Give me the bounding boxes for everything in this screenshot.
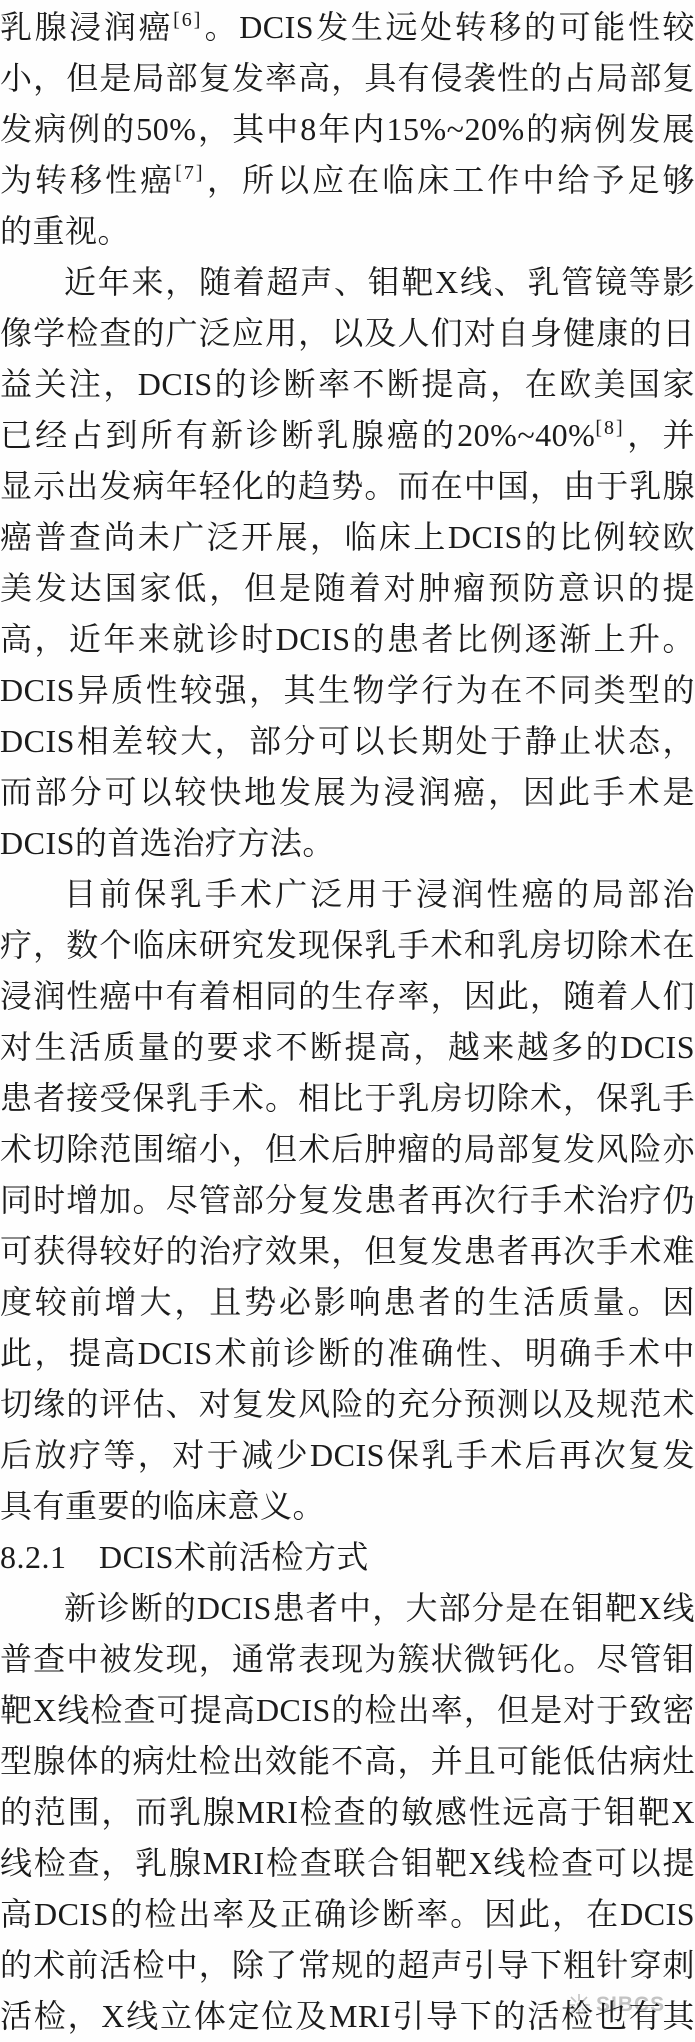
text-line: 同时增加。尽管部分复发患者再次行手术治疗仍 [0,1175,695,1226]
text-run: 此，提高DCIS术前诊断的准确性、明确手术中 [0,1335,695,1371]
text-line: 目前保乳手术广泛用于浸润性癌的局部治 [0,869,695,920]
text-run: 型腺体的病灶检出效能不高，并且可能低估病灶 [0,1743,695,1779]
text-line: 高DCIS的检出率及正确诊断率。因此，在DCIS [0,1889,695,1940]
text-run: DCIS相差较大，部分可以长期处于静止状态， [0,723,695,759]
text-run: DCIS异质性较强，其生物学行为在不同类型的 [0,672,695,708]
text-line: 发病例的50%，其中8年内15%~20%的病例发展 [0,104,695,155]
text-run: 已经占到所有新诊断乳腺癌的20%~40% [0,417,595,453]
text-run: 为转移性癌 [0,162,175,198]
text-line: 具有重要的临床意义。 [0,1481,695,1532]
text-line: 普查中被发现，通常表现为簇状微钙化。尽管钼 [0,1634,695,1685]
text-run: 的重视。 [0,213,130,249]
text-run: 对生活质量的要求不断提高，越来越多的DCIS [0,1029,695,1065]
text-run: 术切除范围缩小，但术后肿瘤的局部复发风险亦 [0,1131,695,1167]
superscript-citation: [6] [173,9,202,31]
text-run: 益关注，DCIS的诊断率不断提高，在欧美国家 [0,366,695,402]
text-line: 美发达国家低，但是随着对肿瘤预防意识的提 [0,563,695,614]
text-run: 乳腺浸润癌 [0,9,173,45]
text-run: 具有重要的临床意义。 [0,1488,325,1524]
text-run: DCIS的首选治疗方法。 [0,825,335,861]
text-run: 小，但是局部复发率高，具有侵袭性的占局部复 [0,60,695,96]
text-run: 8.2.1 DCIS术前活检方式 [0,1539,369,1575]
text-run: 后放疗等，对于减少DCIS保乳手术后再次复发 [0,1437,695,1473]
text-line: 已经占到所有新诊断乳腺癌的20%~40%[8]，并 [0,410,695,461]
text-line: 切缘的评估、对复发风险的充分预测以及规范术 [0,1379,695,1430]
text-line: DCIS相差较大，部分可以长期处于静止状态， [0,716,695,767]
text-line: 像学检查的广泛应用，以及人们对自身健康的日 [0,308,695,359]
text-run: 的范围，而乳腺MRI检查的敏感性远高于钼靶X [0,1794,695,1830]
text-line: 度较前增大，且势必影响患者的生活质量。因 [0,1277,695,1328]
text-line: 癌普查尚未广泛开展，临床上DCIS的比例较欧 [0,512,695,563]
text-run: 高DCIS的检出率及正确诊断率。因此，在DCIS [0,1896,695,1932]
text-line: 近年来，随着超声、钼靶X线、乳管镜等影 [0,257,695,308]
text-line: 对生活质量的要求不断提高，越来越多的DCIS [0,1022,695,1073]
text-run: 普查中被发现，通常表现为簇状微钙化。尽管钼 [0,1641,695,1677]
text-line: 靶X线检查可提高DCIS的检出率，但是对于致密 [0,1685,695,1736]
text-line: 小，但是局部复发率高，具有侵袭性的占局部复 [0,53,695,104]
text-run: 近年来，随着超声、钼靶X线、乳管镜等影 [64,264,695,300]
superscript-citation: [7] [175,162,204,184]
text-run: 新诊断的DCIS患者中，大部分是在钼靶X线 [64,1590,695,1626]
text-run: 的术前活检中，除了常规的超声引导下粗针穿刺 [0,1947,695,1983]
text-line: 术切除范围缩小，但术后肿瘤的局部复发风险亦 [0,1124,695,1175]
text-line: 患者接受保乳手术。相比于乳房切除术，保乳手 [0,1073,695,1124]
text-run: 显示出发病年轻化的趋势。而在中国，由于乳腺 [0,468,695,504]
text-line: 为转移性癌[7]，所以应在临床工作中给予足够 [0,155,695,206]
superscript-citation: [8] [595,417,624,439]
text-run: 浸润性癌中有着相同的生存率，因此，随着人们 [0,978,695,1014]
text-run: 。DCIS发生远处转移的可能性较 [202,9,695,45]
text-run: 高，近年来就诊时DCIS的患者比例逐渐上升。 [0,621,695,657]
text-line: 显示出发病年轻化的趋势。而在中国，由于乳腺 [0,461,695,512]
text-run: ，所以应在临床工作中给予足够 [205,162,695,198]
text-run: 美发达国家低，但是随着对肿瘤预防意识的提 [0,570,695,606]
article-text: 乳腺浸润癌[6]。DCIS发生远处转移的可能性较小，但是局部复发率高，具有侵袭性… [0,0,695,2042]
text-line: 乳腺浸润癌[6]。DCIS发生远处转移的可能性较 [0,2,695,53]
text-run: 目前保乳手术广泛用于浸润性癌的局部治 [64,876,695,912]
text-run: 疗，数个临床研究发现保乳手术和乳房切除术在 [0,927,695,963]
text-line: 浸润性癌中有着相同的生存率，因此，随着人们 [0,971,695,1022]
document-page: 乳腺浸润癌[6]。DCIS发生远处转移的可能性较小，但是局部复发率高，具有侵袭性… [0,0,695,2042]
text-run: 同时增加。尽管部分复发患者再次行手术治疗仍 [0,1182,695,1218]
text-line: 的重视。 [0,206,695,257]
text-run: ，并 [625,417,695,453]
section-heading: 8.2.1 DCIS术前活检方式 [0,1532,695,1583]
text-run: 像学检查的广泛应用，以及人们对自身健康的日 [0,315,695,351]
text-run: 度较前增大，且势必影响患者的生活质量。因 [0,1284,695,1320]
text-line: 可获得较好的治疗效果，但复发患者再次手术难 [0,1226,695,1277]
text-line: 此，提高DCIS术前诊断的准确性、明确手术中 [0,1328,695,1379]
text-line: 益关注，DCIS的诊断率不断提高，在欧美国家 [0,359,695,410]
text-line: 型腺体的病灶检出效能不高，并且可能低估病灶 [0,1736,695,1787]
text-line: DCIS的首选治疗方法。 [0,818,695,869]
text-run: 靶X线检查可提高DCIS的检出率，但是对于致密 [0,1692,695,1728]
text-line: 新诊断的DCIS患者中，大部分是在钼靶X线 [0,1583,695,1634]
text-line: 的术前活检中，除了常规的超声引导下粗针穿刺 [0,1940,695,1991]
text-run: 癌普查尚未广泛开展，临床上DCIS的比例较欧 [0,519,695,555]
text-line: 疗，数个临床研究发现保乳手术和乳房切除术在 [0,920,695,971]
text-run: 而部分可以较快地发展为浸润癌，因此手术是 [0,774,695,810]
text-line: 活检，X线立体定位及MRI引导下的活检也有其 [0,1991,695,2042]
text-line: 线检查，乳腺MRI检查联合钼靶X线检查可以提 [0,1838,695,1889]
text-run: 线检查，乳腺MRI检查联合钼靶X线检查可以提 [0,1845,695,1881]
text-line: 而部分可以较快地发展为浸润癌，因此手术是 [0,767,695,818]
text-line: 高，近年来就诊时DCIS的患者比例逐渐上升。 [0,614,695,665]
text-run: 活检，X线立体定位及MRI引导下的活检也有其 [0,1998,695,2034]
text-run: 可获得较好的治疗效果，但复发患者再次手术难 [0,1233,695,1269]
text-run: 患者接受保乳手术。相比于乳房切除术，保乳手 [0,1080,695,1116]
text-run: 发病例的50%，其中8年内15%~20%的病例发展 [0,111,695,147]
text-line: 后放疗等，对于减少DCIS保乳手术后再次复发 [0,1430,695,1481]
text-line: 的范围，而乳腺MRI检查的敏感性远高于钼靶X [0,1787,695,1838]
text-run: 切缘的评估、对复发风险的充分预测以及规范术 [0,1386,695,1422]
text-line: DCIS异质性较强，其生物学行为在不同类型的 [0,665,695,716]
